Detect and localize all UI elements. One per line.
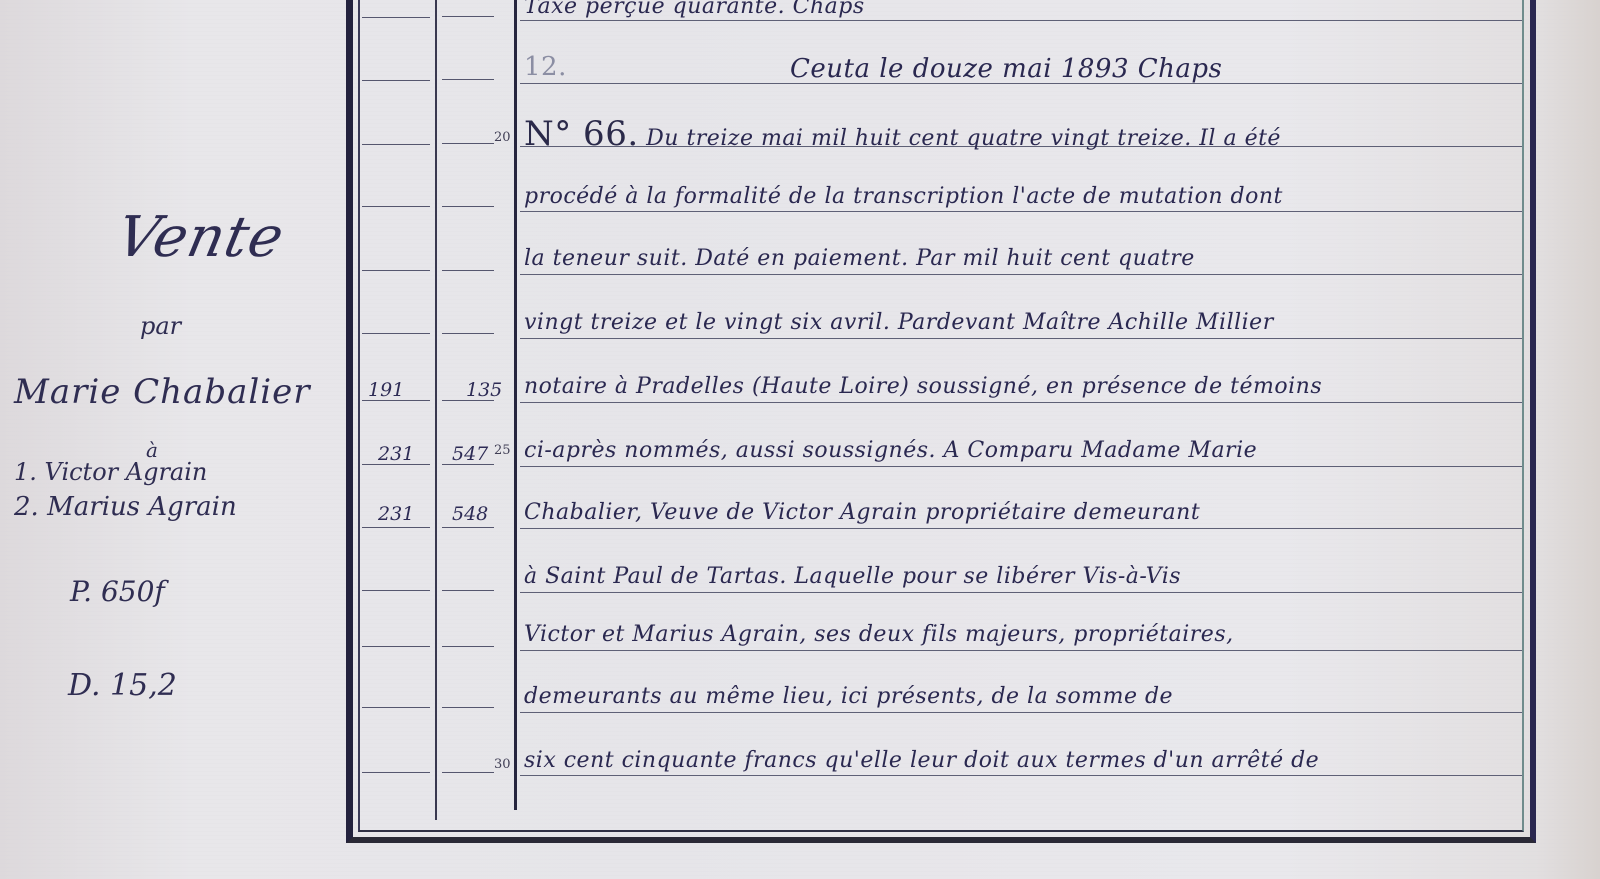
rule [362, 527, 430, 528]
entry-line-9: Victor et Marius Agrain, ses deux fils m… [524, 622, 1524, 647]
rule [520, 338, 1522, 339]
rule [442, 590, 494, 591]
column-divider-2 [514, 0, 517, 810]
rule [362, 772, 430, 773]
rule [520, 466, 1522, 467]
margin-title: Vente [111, 205, 290, 270]
line-number-25: 25 [494, 443, 511, 458]
page-mark: 12. [524, 52, 567, 82]
margin-buyer-2: 2. Marius Agrain [14, 492, 237, 522]
entry-line-1: N° 66. Du treize mai mil huit cent quatr… [524, 114, 1524, 154]
rule [442, 79, 494, 80]
rule [362, 17, 430, 18]
column-divider-1 [435, 0, 437, 820]
page-mark-wrap: 12. [524, 52, 584, 82]
margin-price: P. 650f [70, 575, 165, 608]
rule [520, 775, 1522, 776]
rule [442, 270, 494, 271]
rule [520, 650, 1522, 651]
ref-col2-row2: 547 [452, 443, 488, 465]
entry-line-11: six cent cinquante francs qu'elle leur d… [524, 748, 1524, 773]
entry-number: N° 66. [524, 114, 639, 154]
rule [362, 270, 430, 271]
rule [362, 707, 430, 708]
rule [442, 16, 494, 17]
register-page: Vente par Marie Chabalier à 1. Victor Ag… [0, 0, 1600, 879]
date-heading: Ceuta le douze mai 1893 Chaps [790, 54, 1270, 84]
rule [442, 206, 494, 207]
ref-col1-row2: 231 [378, 443, 414, 465]
margin-seller: Marie Chabalier [14, 372, 310, 412]
previous-entry-line: Taxe perçue quarante. Chaps [524, 0, 1524, 19]
rule [362, 646, 430, 647]
entry-line-2: procédé à la formalité de la transcripti… [524, 184, 1524, 209]
rule [520, 20, 1522, 21]
rule [442, 772, 494, 773]
rule [362, 590, 430, 591]
entry-line-7: Chabalier, Veuve de Victor Agrain propri… [524, 500, 1524, 525]
rule [520, 712, 1522, 713]
rule [442, 143, 494, 144]
line-number-30: 30 [494, 757, 511, 772]
entry-line-5: notaire à Pradelles (Haute Loire) soussi… [524, 374, 1524, 399]
rule [442, 646, 494, 647]
rule [520, 402, 1522, 403]
ref-col1-row3: 231 [378, 503, 414, 525]
rule [520, 592, 1522, 593]
margin-par: par [140, 312, 181, 340]
rule [362, 80, 430, 81]
ref-col1-row1: 191 [368, 379, 404, 401]
entry-text-1: Du treize mai mil huit cent quatre vingt… [646, 126, 1281, 151]
rule [520, 528, 1522, 529]
ref-col2-row1: 135 [466, 379, 502, 401]
rule [362, 333, 430, 334]
rule [442, 527, 494, 528]
line-number-20: 20 [494, 130, 511, 145]
rule [362, 144, 430, 145]
entry-line-4: vingt treize et le vingt six avril. Pard… [524, 310, 1524, 335]
entry-line-6: ci-après nommés, aussi soussignés. A Com… [524, 438, 1524, 463]
entry-line-3: la teneur suit. Daté en paiement. Par mi… [524, 246, 1524, 271]
rule [520, 274, 1522, 275]
rule [520, 211, 1522, 212]
entry-line-8: à Saint Paul de Tartas. Laquelle pour se… [524, 564, 1524, 589]
rule [442, 333, 494, 334]
rule [362, 206, 430, 207]
rule [442, 707, 494, 708]
ref-col2-row3: 548 [452, 503, 488, 525]
margin-buyer-1: 1. Victor Agrain [14, 458, 207, 486]
entry-line-10: demeurants au même lieu, ici présents, d… [524, 684, 1524, 709]
margin-droits: D. 15,2 [68, 668, 177, 703]
